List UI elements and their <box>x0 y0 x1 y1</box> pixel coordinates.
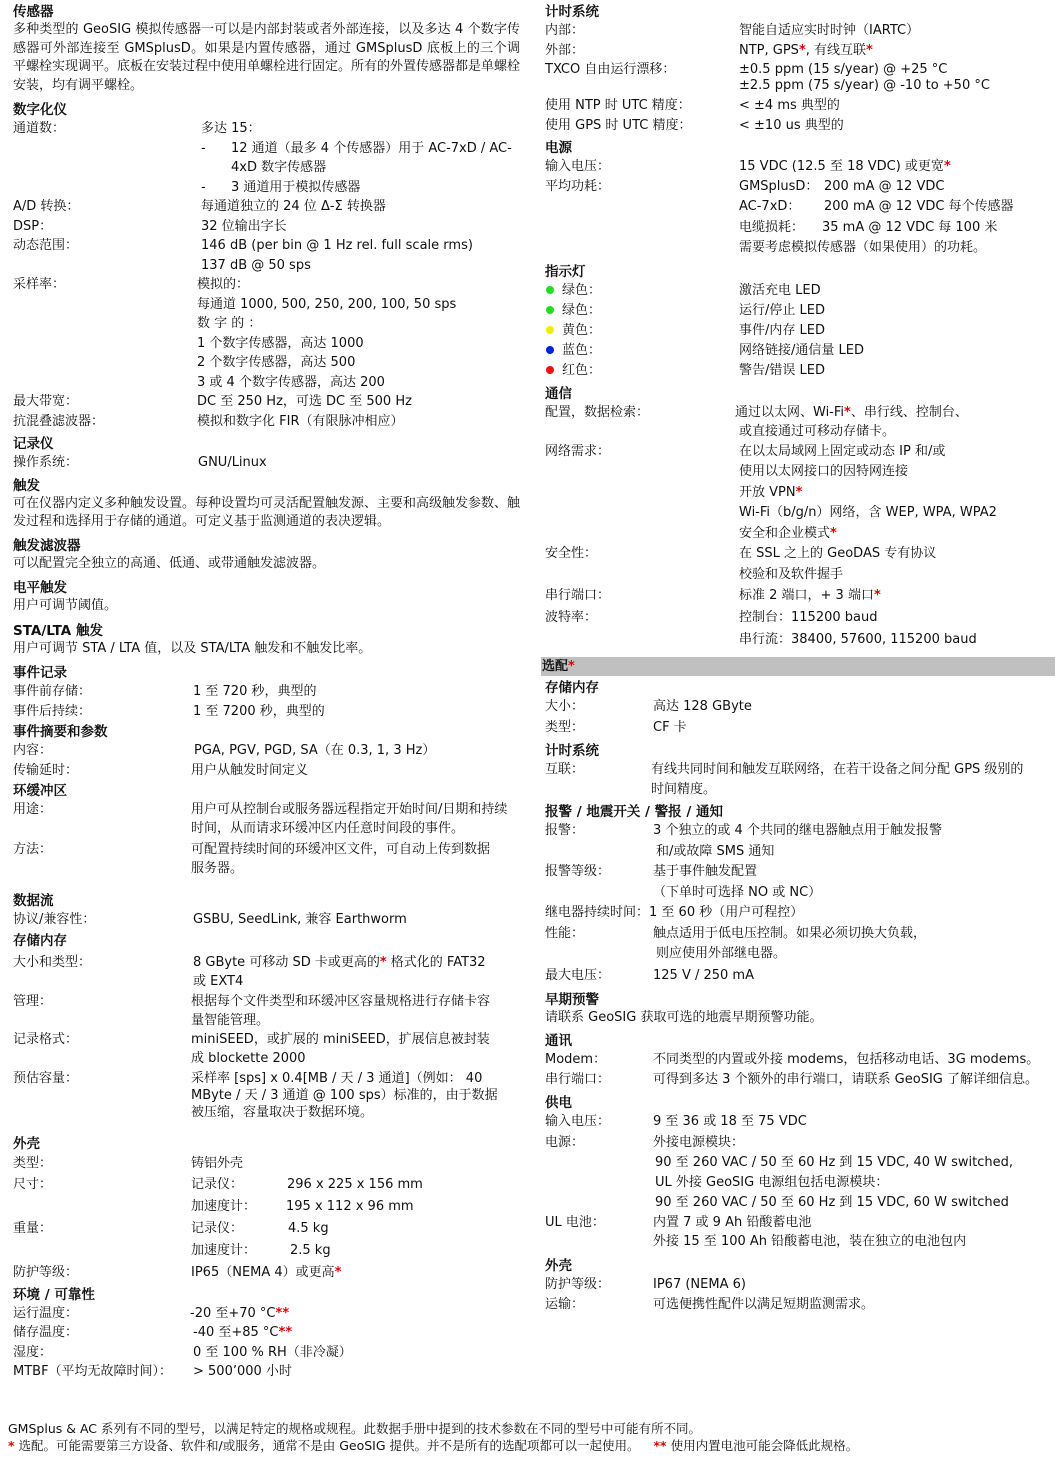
spec-label: 用途： <box>13 800 191 838</box>
spec-label: 通道数： <box>13 119 201 197</box>
spec-label: 类型： <box>13 1153 191 1174</box>
spec-value: CF 卡 <box>653 718 1050 739</box>
value-line: 安全和企业模式* <box>739 524 1050 545</box>
spec-label: 最大电压： <box>545 965 653 987</box>
spec-row: 串行端口： 标准 2 端口，+ 3 端口* <box>545 585 1050 607</box>
section-title-event-record: 事件记录 <box>13 664 520 682</box>
sub-label: GMSplusD： <box>739 177 824 198</box>
spec-row: 互联： 有线共同时间和触发互联网络，在若干设备之间分配 GPS 级别的时间精度。 <box>545 760 1050 799</box>
sub-label: AC-7xD： <box>739 197 824 218</box>
spec-row: 最大电压： 125 V / 250 mA <box>545 965 1050 987</box>
spec-label: 传输延时： <box>13 761 191 781</box>
spec-row: 继电器持续时间： 1 至 60 秒（用户可程控） <box>545 903 1050 924</box>
value-line: 137 dB @ 50 sps <box>201 256 520 276</box>
spec-row-weight: 重量： 记录仪：4.5 kg 加速度计：2.5 kg <box>13 1218 520 1262</box>
spec-row: 报警等级： 基于事件触发配置 （下单时可选择 NO 或 NC） <box>545 862 1050 903</box>
spec-row: 传输延时： 用户从触发时间定义 <box>13 761 520 781</box>
spec-row: 防护等级： IP65（NEMA 4）或更高* <box>13 1262 520 1284</box>
sub-label: 加速度计： <box>191 1196 286 1218</box>
spec-label: 防护等级： <box>545 1275 653 1295</box>
spec-value: -20 至+70 °C** <box>190 1304 520 1324</box>
spec-row: 波特率： 控制台：115200 baud 串行流：38400, 57600, 1… <box>545 607 1050 651</box>
section-title-eew: 早期预警 <box>545 991 1050 1009</box>
indicator-color: 绿色： <box>562 303 601 318</box>
sub-value: 296 x 225 x 156 mm <box>287 1174 423 1196</box>
spec-value: 采样率 [sps] x 0.4[MB / 天 / 3 通道]（例如： 40 MB… <box>191 1070 520 1121</box>
section-title-opt-timing: 计时系统 <box>545 742 1050 760</box>
spec-value: 多达 15： -12 通道（最多 4 个传感器）用于 AC-7xD / AC-4… <box>201 119 520 197</box>
spec-label: 事件前存储： <box>13 682 193 702</box>
spec-label: 管理： <box>13 992 191 1030</box>
spec-value: 触点适用于低电压控制。如果必须切换大负载， 则应使用外部继电器。 <box>653 924 1050 965</box>
value-line: 开放 VPN* <box>739 483 1050 504</box>
spec-label: 方法： <box>13 840 191 878</box>
indicator-row: 蓝色： 网络链接/通信量 LED <box>545 341 1050 361</box>
value-line: 3 个独立的或 4 个共同的继电器触点用于触发报警 <box>653 821 1050 842</box>
spec-value: GNU/Linux <box>198 453 520 473</box>
indicator-label: 红色： <box>545 361 739 381</box>
value-line: Wi-Fi（b/g/n）网络，含 WEP, WPA, WPA2 <box>739 503 1050 524</box>
spec-label: 内容： <box>13 741 194 761</box>
section-title-data-stream: 数据流 <box>13 892 520 910</box>
spec-label: 互联： <box>545 760 651 799</box>
spec-row: 内容： PGA, PGV, PGD, SA（在 0.3, 1, 3 Hz） <box>13 741 520 761</box>
spec-row: 大小： 高达 128 GByte <box>545 697 1050 718</box>
value-line: 或直接通过可移动存储卡。 <box>735 422 1050 442</box>
section-title-trigger-filter: 触发滤波器 <box>13 537 520 555</box>
spec-row: 内部： 智能自适应实时时钟（IARTC） <box>545 21 1050 41</box>
spec-value: < ±10 us 典型的 <box>739 116 1050 136</box>
spec-row: UL 电池： 内置 7 或 9 Ah 铅酸蓄电池 外接 15 至 100 Ah … <box>545 1213 1050 1251</box>
options-band: 选配* <box>541 657 1055 676</box>
spec-row: 串行端口： 可得到多达 3 个额外的串行端口，请联系 GeoSIG 了解详细信息… <box>545 1070 1050 1090</box>
section-title-indicators: 指示灯 <box>545 263 1050 281</box>
spec-value: IP67 (NEMA 6) <box>653 1275 1050 1295</box>
spec-row: 管理： 根据每个文件类型和环缓冲区容量规格进行存储卡容量智能管理。 <box>13 992 520 1030</box>
value-line: 则应使用外部继电器。 <box>653 944 1050 965</box>
battery-asterisk: ** <box>276 1306 290 1321</box>
dash-icon: - <box>201 139 231 178</box>
value-line: 使用以太网接口的因特网连接 <box>739 462 1050 483</box>
optional-asterisk: * <box>796 485 803 500</box>
section-title-environment: 环境 / 可靠性 <box>13 1286 520 1304</box>
section-title-telecom: 通讯 <box>545 1032 1050 1050</box>
spec-label: 尺寸： <box>13 1174 191 1218</box>
spec-row: 方法： 可配置持续时间的环缓冲区文件，可自动上传到数据服务器。 <box>13 840 520 878</box>
indicator-value: 警告/错误 LED <box>739 361 1050 381</box>
spec-row-power-consumption: 平均功耗： GMSplusD：200 mA @ 12 VDC AC-7xD：20… <box>545 177 1050 259</box>
sub-label: 记录仪： <box>191 1218 288 1240</box>
spec-row: 安全性： 在 SSL 之上的 GeoDAS 专有协议 校验和及软件握手 <box>545 544 1050 585</box>
spec-label: 重量： <box>13 1218 191 1262</box>
spec-value: GMSplusD：200 mA @ 12 VDC AC-7xD：200 mA @… <box>739 177 1050 259</box>
spec-row: 事件前存储： 1 至 720 秒，典型的 <box>13 682 520 702</box>
spec-label: Modem： <box>545 1050 653 1070</box>
spec-row-network: 网络需求： 在以太局域网上固定或动态 IP 和/或 使用以太网接口的因特网连接 … <box>545 442 1050 545</box>
spec-row: 电源： 外接电源模块： 90 至 260 VAC / 50 至 60 Hz 到 … <box>545 1133 1050 1213</box>
value-line: 在 SSL 之上的 GeoDAS 专有协议 <box>739 544 1050 565</box>
spec-row: 配置，数据检索： 通过以太网、Wi-Fi*、串行线、控制台、 或直接通过可移动存… <box>545 403 1050 442</box>
section-title-recorder: 记录仪 <box>13 435 520 453</box>
value-line: 90 至 260 VAC / 50 至 60 Hz 到 15 VDC, 60 W… <box>653 1193 1050 1213</box>
options-title: 选配 <box>542 659 568 674</box>
spec-row-dimensions: 尺寸： 记录仪：296 x 225 x 156 mm 加速度计：195 x 11… <box>13 1174 520 1218</box>
indicator-color: 蓝色： <box>562 343 601 358</box>
indicator-label: 绿色： <box>545 281 739 301</box>
spec-label: 预估容量： <box>13 1070 191 1121</box>
battery-asterisk: ** <box>654 1438 667 1453</box>
spec-value: 9 至 36 或 18 至 75 VDC <box>653 1112 1050 1133</box>
spec-value: 在 SSL 之上的 GeoDAS 专有协议 校验和及软件握手 <box>739 544 1050 585</box>
spec-value: ±0.5 ppm (15 s/year) @ +25 °C ±2.5 ppm (… <box>739 62 1050 94</box>
led-yellow-icon <box>546 326 554 334</box>
spec-label: 继电器持续时间： <box>545 903 649 924</box>
spec-value: 控制台：115200 baud 串行流：38400, 57600, 115200… <box>739 607 1050 651</box>
spec-label: 动态范围： <box>13 236 201 275</box>
sub-label: 电缆损耗： <box>739 218 822 239</box>
sub-value: 4.5 kg <box>288 1218 329 1240</box>
value-line: 3 或 4 个数字传感器，高达 200 <box>197 373 520 393</box>
led-green-icon <box>546 306 554 314</box>
channels-bullet: -3 通道用于模拟传感器 <box>201 178 520 198</box>
section-title-supply: 供电 <box>545 1094 1050 1112</box>
footer-notes: GMSplus & AC 系列有不同的型号，以满足特定的规格或规程。此数据手册中… <box>8 1420 1053 1454</box>
spec-row: 使用 GPS 时 UTC 精度： < ±10 us 典型的 <box>545 116 1050 136</box>
spec-value: 146 dB (per bin @ 1 Hz rel. full scale r… <box>201 236 520 275</box>
sub-row: AC-7xD：200 mA @ 12 VDC 每个传感器 <box>739 197 1050 218</box>
value-line: 2 个数字传感器，高达 500 <box>197 353 520 373</box>
spec-label: 使用 GPS 时 UTC 精度： <box>545 116 739 136</box>
spec-value: 外接电源模块： 90 至 260 VAC / 50 至 60 Hz 到 15 V… <box>653 1133 1050 1213</box>
section-title-sta-lta: STA/LTA 触发 <box>13 622 520 640</box>
spec-row: 预估容量： 采样率 [sps] x 0.4[MB / 天 / 3 通道]（例如：… <box>13 1070 520 1121</box>
indicator-value: 运行/停止 LED <box>739 301 1050 321</box>
spec-value: 记录仪：296 x 225 x 156 mm 加速度计：195 x 112 x … <box>191 1174 520 1218</box>
indicator-label: 绿色： <box>545 301 739 321</box>
optional-asterisk: * <box>799 43 806 58</box>
indicator-label: 黄色： <box>545 321 739 341</box>
value-line: 外接电源模块： <box>653 1133 1050 1153</box>
spec-label: MTBF（平均无故障时间）： <box>13 1362 193 1382</box>
spec-label: 记录格式： <box>13 1030 191 1068</box>
spec-row-os: 操作系统： GNU/Linux <box>13 453 520 473</box>
spec-row-antialias: 抗混叠滤波器： 模拟和数字化 FIR（有限脉冲相应） <box>13 412 520 432</box>
spec-label: 串行端口： <box>545 1070 653 1090</box>
spec-label: 使用 NTP 时 UTC 精度： <box>545 96 739 116</box>
section-title-opt-housing: 外壳 <box>545 1257 1050 1275</box>
spec-value: 在以太局域网上固定或动态 IP 和/或 使用以太网接口的因特网连接 开放 VPN… <box>739 442 1050 545</box>
sub-value: 200 mA @ 12 VDC <box>824 177 944 198</box>
section-title-timing: 计时系统 <box>545 3 1050 21</box>
optional-asterisk: * <box>335 1265 342 1280</box>
spec-row: 用途： 用户可从控制台或服务器远程指定开始时间/日期和持续时间，从而请求环缓冲区… <box>13 800 520 838</box>
section-title-opt-storage: 存储内存 <box>545 679 1050 697</box>
section-title-comms: 通信 <box>545 385 1050 403</box>
spec-label: 电源： <box>545 1133 653 1213</box>
value-line: UL 外接 GeoSIG 电源组包括电源模块： <box>653 1173 1050 1193</box>
value-line: 内置 7 或 9 Ah 铅酸蓄电池 <box>653 1213 1050 1232</box>
spec-value: 通过以太网、Wi-Fi*、串行线、控制台、 或直接通过可移动存储卡。 <box>735 403 1050 442</box>
indicator-value: 激活充电 LED <box>739 281 1050 301</box>
trigger-filter-description: 可以配置完全独立的高通、低通、或带通触发滤波器。 <box>13 555 520 574</box>
optional-asterisk: * <box>568 659 575 674</box>
trigger-description: 可在仪器内定义多种触发设置。每种设置均可灵活配置触发源、主要和高级触发参数、触发… <box>13 495 520 532</box>
spec-row: 性能： 触点适用于低电压控制。如果必须切换大负载， 则应使用外部继电器。 <box>545 924 1050 965</box>
spec-value: 可选便携性配件以满足短期监测需求。 <box>653 1295 1050 1315</box>
spec-value: 每通道独立的 24 位 Δ-Σ 转换器 <box>201 197 520 217</box>
spec-row: 防护等级： IP67 (NEMA 6) <box>545 1275 1050 1295</box>
spec-label: 事件后持续： <box>13 702 193 722</box>
optional-note: 选配。可能需要第三方设备、软件和/或服务，通常不是由 GeoSIG 提供。并不是… <box>15 1438 640 1453</box>
value-line: 1 个数字传感器，高达 1000 <box>197 334 520 354</box>
spec-row: Modem： 不同类型的内置或外接 modems，包括移动电话、3G modem… <box>545 1050 1050 1070</box>
sub-row: 加速度计：2.5 kg <box>191 1240 520 1262</box>
section-title-ring-buffer: 环缓冲区 <box>13 782 520 800</box>
value-text: 15 VDC (12.5 至 18 VDC) 或更宽 <box>739 159 944 174</box>
spec-value: 可配置持续时间的环缓冲区文件，可自动上传到数据服务器。 <box>191 840 520 878</box>
led-red-icon <box>546 366 554 374</box>
spec-row: 协议/兼容性： GSBU, SeedLink, 兼容 Earthworm <box>13 910 520 930</box>
spec-label: 串行端口： <box>545 585 739 607</box>
spec-value: 用户从触发时间定义 <box>191 761 520 781</box>
right-column: 计时系统 内部： 智能自适应实时时钟（IARTC） 外部： NTP, GPS*,… <box>545 0 1050 1315</box>
spec-label: DSP： <box>13 217 201 237</box>
spec-row-bandwidth: 最大带宽： DC 至 250 Hz，可选 DC 至 500 Hz <box>13 392 520 412</box>
spec-value: 可得到多达 3 个额外的串行端口，请联系 GeoSIG 了解详细信息。 <box>653 1070 1050 1090</box>
spec-row: 使用 NTP 时 UTC 精度： < ±4 ms 典型的 <box>545 96 1050 116</box>
spec-row: 记录格式： miniSEED，或扩展的 miniSEED，扩展信息被封装成 bl… <box>13 1030 520 1068</box>
spec-label: 输入电压： <box>545 157 739 177</box>
section-title-housing: 外壳 <box>13 1135 520 1153</box>
level-trigger-description: 用户可调节阈值。 <box>13 597 520 616</box>
spec-row: TXCO 自由运行漂移： ±0.5 ppm (15 s/year) @ +25 … <box>545 62 1050 94</box>
sensors-description: 多种类型的 GeoSIG 模拟传感器一可以是内部封装或者外部连接，以及多达 4 … <box>13 21 520 95</box>
spec-label: 最大带宽： <box>13 392 197 412</box>
spec-value: GSBU, SeedLink, 兼容 Earthworm <box>193 910 520 930</box>
left-column: 传感器 多种类型的 GeoSIG 模拟传感器一可以是内部封装或者外部连接，以及多… <box>13 0 520 1382</box>
channels-bullet: -12 通道（最多 4 个传感器）用于 AC-7xD / AC-4xD 数字传感… <box>201 139 520 178</box>
spec-value: 32 位输出字长 <box>201 217 520 237</box>
sub-row: GMSplusD：200 mA @ 12 VDC <box>739 177 1050 198</box>
spec-value: 1 至 720 秒，典型的 <box>193 682 520 702</box>
spec-value: 3 个独立的或 4 个共同的继电器触点用于触发报警 和/或故障 SMS 通知 <box>653 821 1050 862</box>
indicator-label: 蓝色： <box>545 341 739 361</box>
sub-value: 200 mA @ 12 VDC 每个传感器 <box>824 197 1014 218</box>
section-title-digitizer: 数字化仪 <box>13 101 520 119</box>
spec-label: 输入电压： <box>545 1112 653 1133</box>
spec-row: 外部： NTP, GPS*, 有线互联* <box>545 41 1050 61</box>
section-title-event-summary: 事件摘要和参数 <box>13 723 520 741</box>
spec-value: 模拟和数字化 FIR（有限脉冲相应） <box>197 412 520 432</box>
value-line: 数 字 的 ： <box>197 314 520 334</box>
spec-value: NTP, GPS*, 有线互联* <box>739 41 1050 61</box>
spec-value: < ±4 ms 典型的 <box>739 96 1050 116</box>
value-line: 串行流：38400, 57600, 115200 baud <box>739 629 1050 651</box>
optional-asterisk: * <box>874 588 881 603</box>
sub-value: 195 x 112 x 96 mm <box>286 1196 414 1218</box>
value-text: 8 GByte 可移动 SD 卡或更高的 <box>193 955 380 970</box>
spec-label: UL 电池： <box>545 1213 653 1251</box>
spec-row: 类型： CF 卡 <box>545 718 1050 739</box>
value-line: 和/或故障 SMS 通知 <box>653 842 1050 863</box>
spec-label: 运行温度： <box>13 1304 190 1324</box>
value-line: 控制台：115200 baud <box>739 607 1050 629</box>
spec-value: 1 至 60 秒（用户可程控） <box>649 903 1050 924</box>
value-line: ±2.5 ppm (75 s/year) @ -10 to +50 °C <box>739 78 1050 94</box>
spec-value: PGA, PGV, PGD, SA（在 0.3, 1, 3 Hz） <box>194 741 520 761</box>
sub-row: 加速度计：195 x 112 x 96 mm <box>191 1196 520 1218</box>
indicator-row: 绿色： 运行/停止 LED <box>545 301 1050 321</box>
spec-row-ad: A/D 转换： 每通道独立的 24 位 Δ-Σ 转换器 <box>13 197 520 217</box>
led-green-icon <box>546 286 554 294</box>
power-note: 需要考虑模拟传感器（如果使用）的功耗。 <box>739 238 1050 259</box>
spec-label: 外部： <box>545 41 739 61</box>
battery-note: 使用内置电池可能会降低此规格。 <box>667 1438 858 1453</box>
value-text: IP65（NEMA 4）或更高 <box>191 1265 335 1280</box>
sub-row: 电缆损耗：35 mA @ 12 VDC 每 100 米 <box>739 218 1050 239</box>
spec-row: 类型： 铸铝外壳 <box>13 1153 520 1174</box>
spec-value: 不同类型的内置或外接 modems，包括移动电话、3G modems。 <box>653 1050 1050 1070</box>
spec-row: 输入电压： 15 VDC (12.5 至 18 VDC) 或更宽* <box>545 157 1050 177</box>
indicator-value: 事件/内存 LED <box>739 321 1050 341</box>
sub-row: 记录仪：296 x 225 x 156 mm <box>191 1174 520 1196</box>
spec-label: 波特率： <box>545 607 739 651</box>
spec-label: 储存温度： <box>13 1323 193 1343</box>
sub-label: 加速度计： <box>191 1240 290 1262</box>
optional-asterisk: * <box>844 405 851 420</box>
section-title-power: 电源 <box>545 139 1050 157</box>
value-text: , 有线互联 <box>806 43 866 58</box>
spec-label: 报警等级： <box>545 862 653 903</box>
spec-value: 基于事件触发配置 （下单时可选择 NO 或 NC） <box>653 862 1050 903</box>
value-line: 146 dB (per bin @ 1 Hz rel. full scale r… <box>201 236 520 256</box>
spec-value: IP65（NEMA 4）或更高* <box>191 1262 520 1284</box>
spec-row: 湿度： 0 至 100 % RH（非冷凝） <box>13 1343 520 1363</box>
eew-description: 请联系 GeoSIG 获取可选的地震早期预警功能。 <box>545 1009 1050 1028</box>
section-title-trigger: 触发 <box>13 477 520 495</box>
spec-label: A/D 转换： <box>13 197 201 217</box>
battery-asterisk: ** <box>279 1325 293 1340</box>
section-title-level-trigger: 电平触发 <box>13 579 520 597</box>
spec-value: 8 GByte 可移动 SD 卡或更高的* 格式化的 FAT32 或 EXT4 <box>193 953 520 992</box>
indicator-value: 网络链接/通信量 LED <box>739 341 1050 361</box>
spec-row: 储存温度： -40 至+85 °C** <box>13 1323 520 1343</box>
spec-value: -40 至+85 °C** <box>193 1323 520 1343</box>
value-line: 在以太局域网上固定或动态 IP 和/或 <box>739 442 1050 463</box>
section-title-alarm: 报警 / 地震开关 / 警报 / 通知 <box>545 803 1050 821</box>
footer-disclaimer: GMSplus & AC 系列有不同的型号，以满足特定的规格或规程。此数据手册中… <box>8 1420 1053 1437</box>
spec-label: 防护等级： <box>13 1262 191 1284</box>
spec-value: DC 至 250 Hz，可选 DC 至 500 Hz <box>197 392 520 412</box>
optional-asterisk: * <box>380 955 387 970</box>
spec-label: 配置，数据检索： <box>545 403 735 442</box>
footer-legend: * 选配。可能需要第三方设备、软件和/或服务，通常不是由 GeoSIG 提供。并… <box>8 1437 1053 1454</box>
spec-value: miniSEED，或扩展的 miniSEED，扩展信息被封装成 blockett… <box>191 1030 520 1068</box>
spec-value: 智能自适应实时时钟（IARTC） <box>739 21 1050 41</box>
indicator-color: 黄色： <box>562 323 601 338</box>
spec-label: 大小和类型： <box>13 953 193 992</box>
spec-value: 记录仪：4.5 kg 加速度计：2.5 kg <box>191 1218 520 1262</box>
value-line: 90 至 260 VAC / 50 至 60 Hz 到 15 VDC, 40 W… <box>653 1153 1050 1173</box>
spec-row: MTBF（平均无故障时间）： > 500’000 小时 <box>13 1362 520 1382</box>
spec-label: 报警： <box>545 821 653 862</box>
spec-label: 运输： <box>545 1295 653 1315</box>
sub-row: 记录仪：4.5 kg <box>191 1218 520 1240</box>
value-line: 外接 15 至 100 Ah 铅酸蓄电池，装在独立的电池包内 <box>653 1232 1050 1251</box>
value-line: 校验和及软件握手 <box>739 565 1050 586</box>
value-line: 通过以太网、Wi-Fi*、串行线、控制台、 <box>735 403 1050 423</box>
spec-row: 报警： 3 个独立的或 4 个共同的继电器触点用于触发报警 和/或故障 SMS … <box>545 821 1050 862</box>
optional-asterisk: * <box>866 43 873 58</box>
optional-asterisk: * <box>830 526 837 541</box>
spec-value: 根据每个文件类型和环缓冲区容量规格进行存储卡容量智能管理。 <box>191 992 520 1030</box>
spec-row-dynamic-range: 动态范围： 146 dB (per bin @ 1 Hz rel. full s… <box>13 236 520 275</box>
spec-row: 输入电压： 9 至 36 或 18 至 75 VDC <box>545 1112 1050 1133</box>
spec-label: 网络需求： <box>545 442 739 545</box>
spec-value: 标准 2 端口，+ 3 端口* <box>739 585 1050 607</box>
indicator-row: 绿色： 激活充电 LED <box>545 281 1050 301</box>
value-line: 基于事件触发配置 <box>653 862 1050 883</box>
spec-value: 有线共同时间和触发互联网络，在若干设备之间分配 GPS 级别的时间精度。 <box>651 760 1050 799</box>
spec-row-storage-size: 大小和类型： 8 GByte 可移动 SD 卡或更高的* 格式化的 FAT32 … <box>13 953 520 992</box>
sta-lta-description: 用户可调节 STA / LTA 值，以及 STA/LTA 触发和不触发比率。 <box>13 640 520 659</box>
section-title-sensors: 传感器 <box>13 3 520 21</box>
spec-label: 采样率： <box>13 275 197 392</box>
spec-row-dsp: DSP： 32 位输出字长 <box>13 217 520 237</box>
value-line: （下单时可选择 NO 或 NC） <box>653 883 1050 904</box>
optional-asterisk: * <box>944 159 951 174</box>
dash-icon: - <box>201 178 231 198</box>
spec-row-sample-rate: 采样率： 模拟的： 每通道 1000, 500, 250, 200, 100, … <box>13 275 520 392</box>
value-text: NTP, GPS <box>739 43 799 58</box>
spec-row-channels: 通道数： 多达 15： -12 通道（最多 4 个传感器）用于 AC-7xD /… <box>13 119 520 197</box>
spec-label: 安全性： <box>545 544 739 585</box>
led-blue-icon <box>546 346 554 354</box>
spec-label: 性能： <box>545 924 653 965</box>
sub-label: 记录仪： <box>191 1174 287 1196</box>
spec-value: 高达 128 GByte <box>653 697 1050 718</box>
spec-label: 类型： <box>545 718 653 739</box>
value-line: 每通道 1000, 500, 250, 200, 100, 50 sps <box>197 295 520 315</box>
spec-label: 大小： <box>545 697 653 718</box>
spec-label: 内部： <box>545 21 739 41</box>
spec-value: 1 至 7200 秒，典型的 <box>193 702 520 722</box>
spec-row: 运行温度： -20 至+70 °C** <box>13 1304 520 1324</box>
indicator-row: 红色： 警告/错误 LED <box>545 361 1050 381</box>
spec-label: 湿度： <box>13 1343 193 1363</box>
spec-label: 协议/兼容性： <box>13 910 193 930</box>
value-line: 模拟的： <box>197 275 520 295</box>
spec-value: 125 V / 250 mA <box>653 965 1050 987</box>
section-title-storage: 存储内存 <box>13 932 520 950</box>
value-text: -40 至+85 °C <box>193 1325 279 1340</box>
spec-value: > 500’000 小时 <box>193 1362 520 1382</box>
spec-value: 模拟的： 每通道 1000, 500, 250, 200, 100, 50 sp… <box>197 275 520 392</box>
spec-value: 内置 7 或 9 Ah 铅酸蓄电池 外接 15 至 100 Ah 铅酸蓄电池，装… <box>653 1213 1050 1251</box>
spec-value: 铸铝外壳 <box>191 1153 520 1174</box>
value-line: 触点适用于低电压控制。如果必须切换大负载， <box>653 924 1050 945</box>
spec-row: 事件后持续： 1 至 7200 秒，典型的 <box>13 702 520 722</box>
spec-row: 运输： 可选便携性配件以满足短期监测需求。 <box>545 1295 1050 1315</box>
indicator-color: 红色： <box>562 363 601 378</box>
spec-label: 抗混叠滤波器： <box>13 412 197 432</box>
indicator-row: 黄色： 事件/内存 LED <box>545 321 1050 341</box>
spec-value: 15 VDC (12.5 至 18 VDC) 或更宽* <box>739 157 1050 177</box>
spec-label: 平均功耗： <box>545 177 739 259</box>
spec-label: 操作系统： <box>13 453 198 473</box>
channels-value: 多达 15： <box>201 119 520 139</box>
sub-value: 35 mA @ 12 VDC 每 100 米 <box>822 218 997 239</box>
